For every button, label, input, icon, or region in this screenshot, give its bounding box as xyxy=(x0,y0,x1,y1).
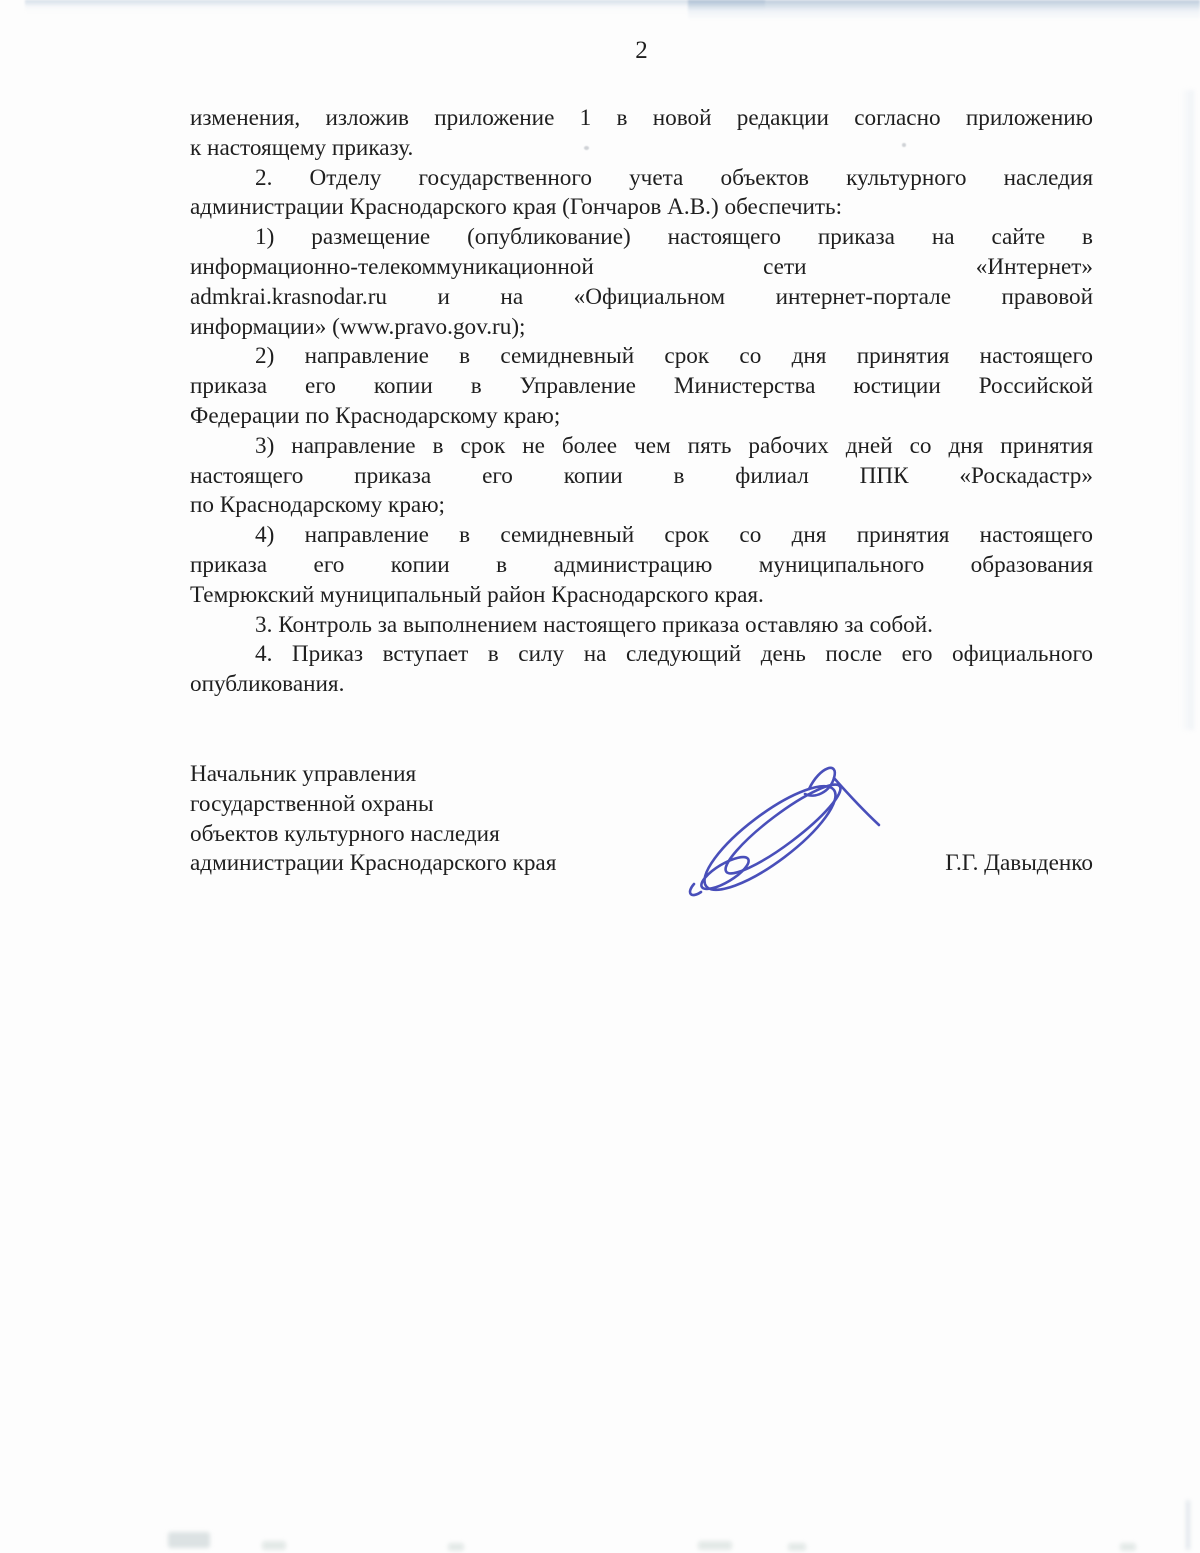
text-line: 4) направление в семидневный срок со дня… xyxy=(190,521,1093,551)
paragraph-subitem-4: 4) направление в семидневный срок со дня… xyxy=(190,521,1093,610)
text-line: 3) направление в срок не более чем пять … xyxy=(190,432,1093,462)
text-line: к настоящему приказу. xyxy=(190,134,1093,164)
text-line: по Краснодарскому краю; xyxy=(190,491,1093,521)
text-line: информационно-телекоммуникационной сети … xyxy=(190,253,1093,283)
paragraph-subitem-1: 1) размещение (опубликование) настоящего… xyxy=(190,223,1093,342)
text-line: 3. Контроль за выполнением настоящего пр… xyxy=(190,611,1093,641)
paragraph-item-2: 2. Отделу государственного учета объекто… xyxy=(190,164,1093,224)
text-line: 4. Приказ вступает в силу на следующий д… xyxy=(190,640,1093,670)
document-body: изменения, изложив приложение 1 в новой … xyxy=(190,104,1093,700)
text-line: приказа его копии в Управление Министерс… xyxy=(190,372,1093,402)
signatory-title-line: объектов культурного наследия xyxy=(190,820,670,850)
paragraph-item-3: 3. Контроль за выполнением настоящего пр… xyxy=(190,611,1093,641)
scan-smudge xyxy=(1186,1500,1190,1550)
scan-smudge xyxy=(1120,1543,1136,1551)
page-number: 2 xyxy=(190,36,1093,66)
signatory-title-line: государственной охраны xyxy=(190,790,670,820)
text-line: администрации Краснодарского края (Гонча… xyxy=(190,193,1093,223)
text-line: 2) направление в семидневный срок со дня… xyxy=(190,342,1093,372)
scan-artifact-top-right xyxy=(688,0,1200,20)
scan-smudge xyxy=(788,1543,806,1551)
paragraph-continuation: изменения, изложив приложение 1 в новой … xyxy=(190,104,1093,164)
signatory-title-line: администрации Краснодарского края xyxy=(190,849,670,879)
signature-ink xyxy=(690,768,879,904)
text-line: Федерации по Краснодарскому краю; xyxy=(190,402,1093,432)
scan-smudge xyxy=(262,1541,286,1550)
text-line: 1) размещение (опубликование) настоящего… xyxy=(190,223,1093,253)
text-line: Темрюкский муниципальный район Краснодар… xyxy=(190,581,1093,611)
text-line: информации» (www.pravo.gov.ru); xyxy=(190,313,1093,343)
text-line: опубликования. xyxy=(190,670,1093,700)
signatory-title-line: Начальник управления xyxy=(190,760,670,790)
signature-block: Начальник управления государственной охр… xyxy=(190,760,1093,900)
signature-scribble xyxy=(670,754,885,904)
paragraph-subitem-3: 3) направление в срок не более чем пять … xyxy=(190,432,1093,521)
text-line: 2. Отделу государственного учета объекто… xyxy=(190,164,1093,194)
scan-smudge xyxy=(168,1532,210,1548)
scan-artifact-right-edge xyxy=(1180,90,1194,730)
text-line: admkrai.krasnodar.ru и на «Официальном и… xyxy=(190,283,1093,313)
signatory-title: Начальник управления государственной охр… xyxy=(190,760,670,879)
signatory-name: Г.Г. Давыденко xyxy=(945,849,1093,879)
paragraph-subitem-2: 2) направление в семидневный срок со дня… xyxy=(190,342,1093,431)
scan-smudge xyxy=(698,1541,732,1550)
text-line: приказа его копии в администрацию муници… xyxy=(190,551,1093,581)
scan-artifact-top-left xyxy=(25,0,765,12)
scan-smudge xyxy=(448,1543,464,1551)
text-line: настоящего приказа его копии в филиал ПП… xyxy=(190,462,1093,492)
text-line: изменения, изложив приложение 1 в новой … xyxy=(190,104,1093,134)
document-page: 2 изменения, изложив приложение 1 в ново… xyxy=(0,0,1200,1553)
paragraph-item-4: 4. Приказ вступает в силу на следующий д… xyxy=(190,640,1093,700)
